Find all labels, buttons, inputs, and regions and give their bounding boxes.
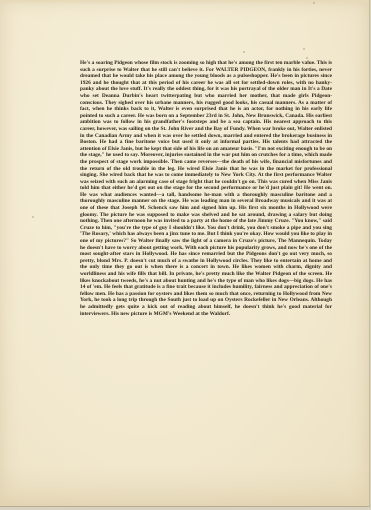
biography-paragraph: He's a soaring Pidgeon whose film stock …: [80, 60, 332, 317]
subject-name: WALTER PIDGEON: [216, 67, 266, 73]
paper-speck: [313, 2, 315, 4]
paper-speck: [32, 216, 34, 218]
paper-speck: [243, 51, 245, 53]
text-after-name: , frankly in his forties, never dreamed …: [80, 67, 332, 317]
paper-speck: [303, 48, 305, 50]
paper-speck: [306, 57, 308, 59]
document-page: He's a soaring Pidgeon whose film stock …: [0, 0, 370, 507]
